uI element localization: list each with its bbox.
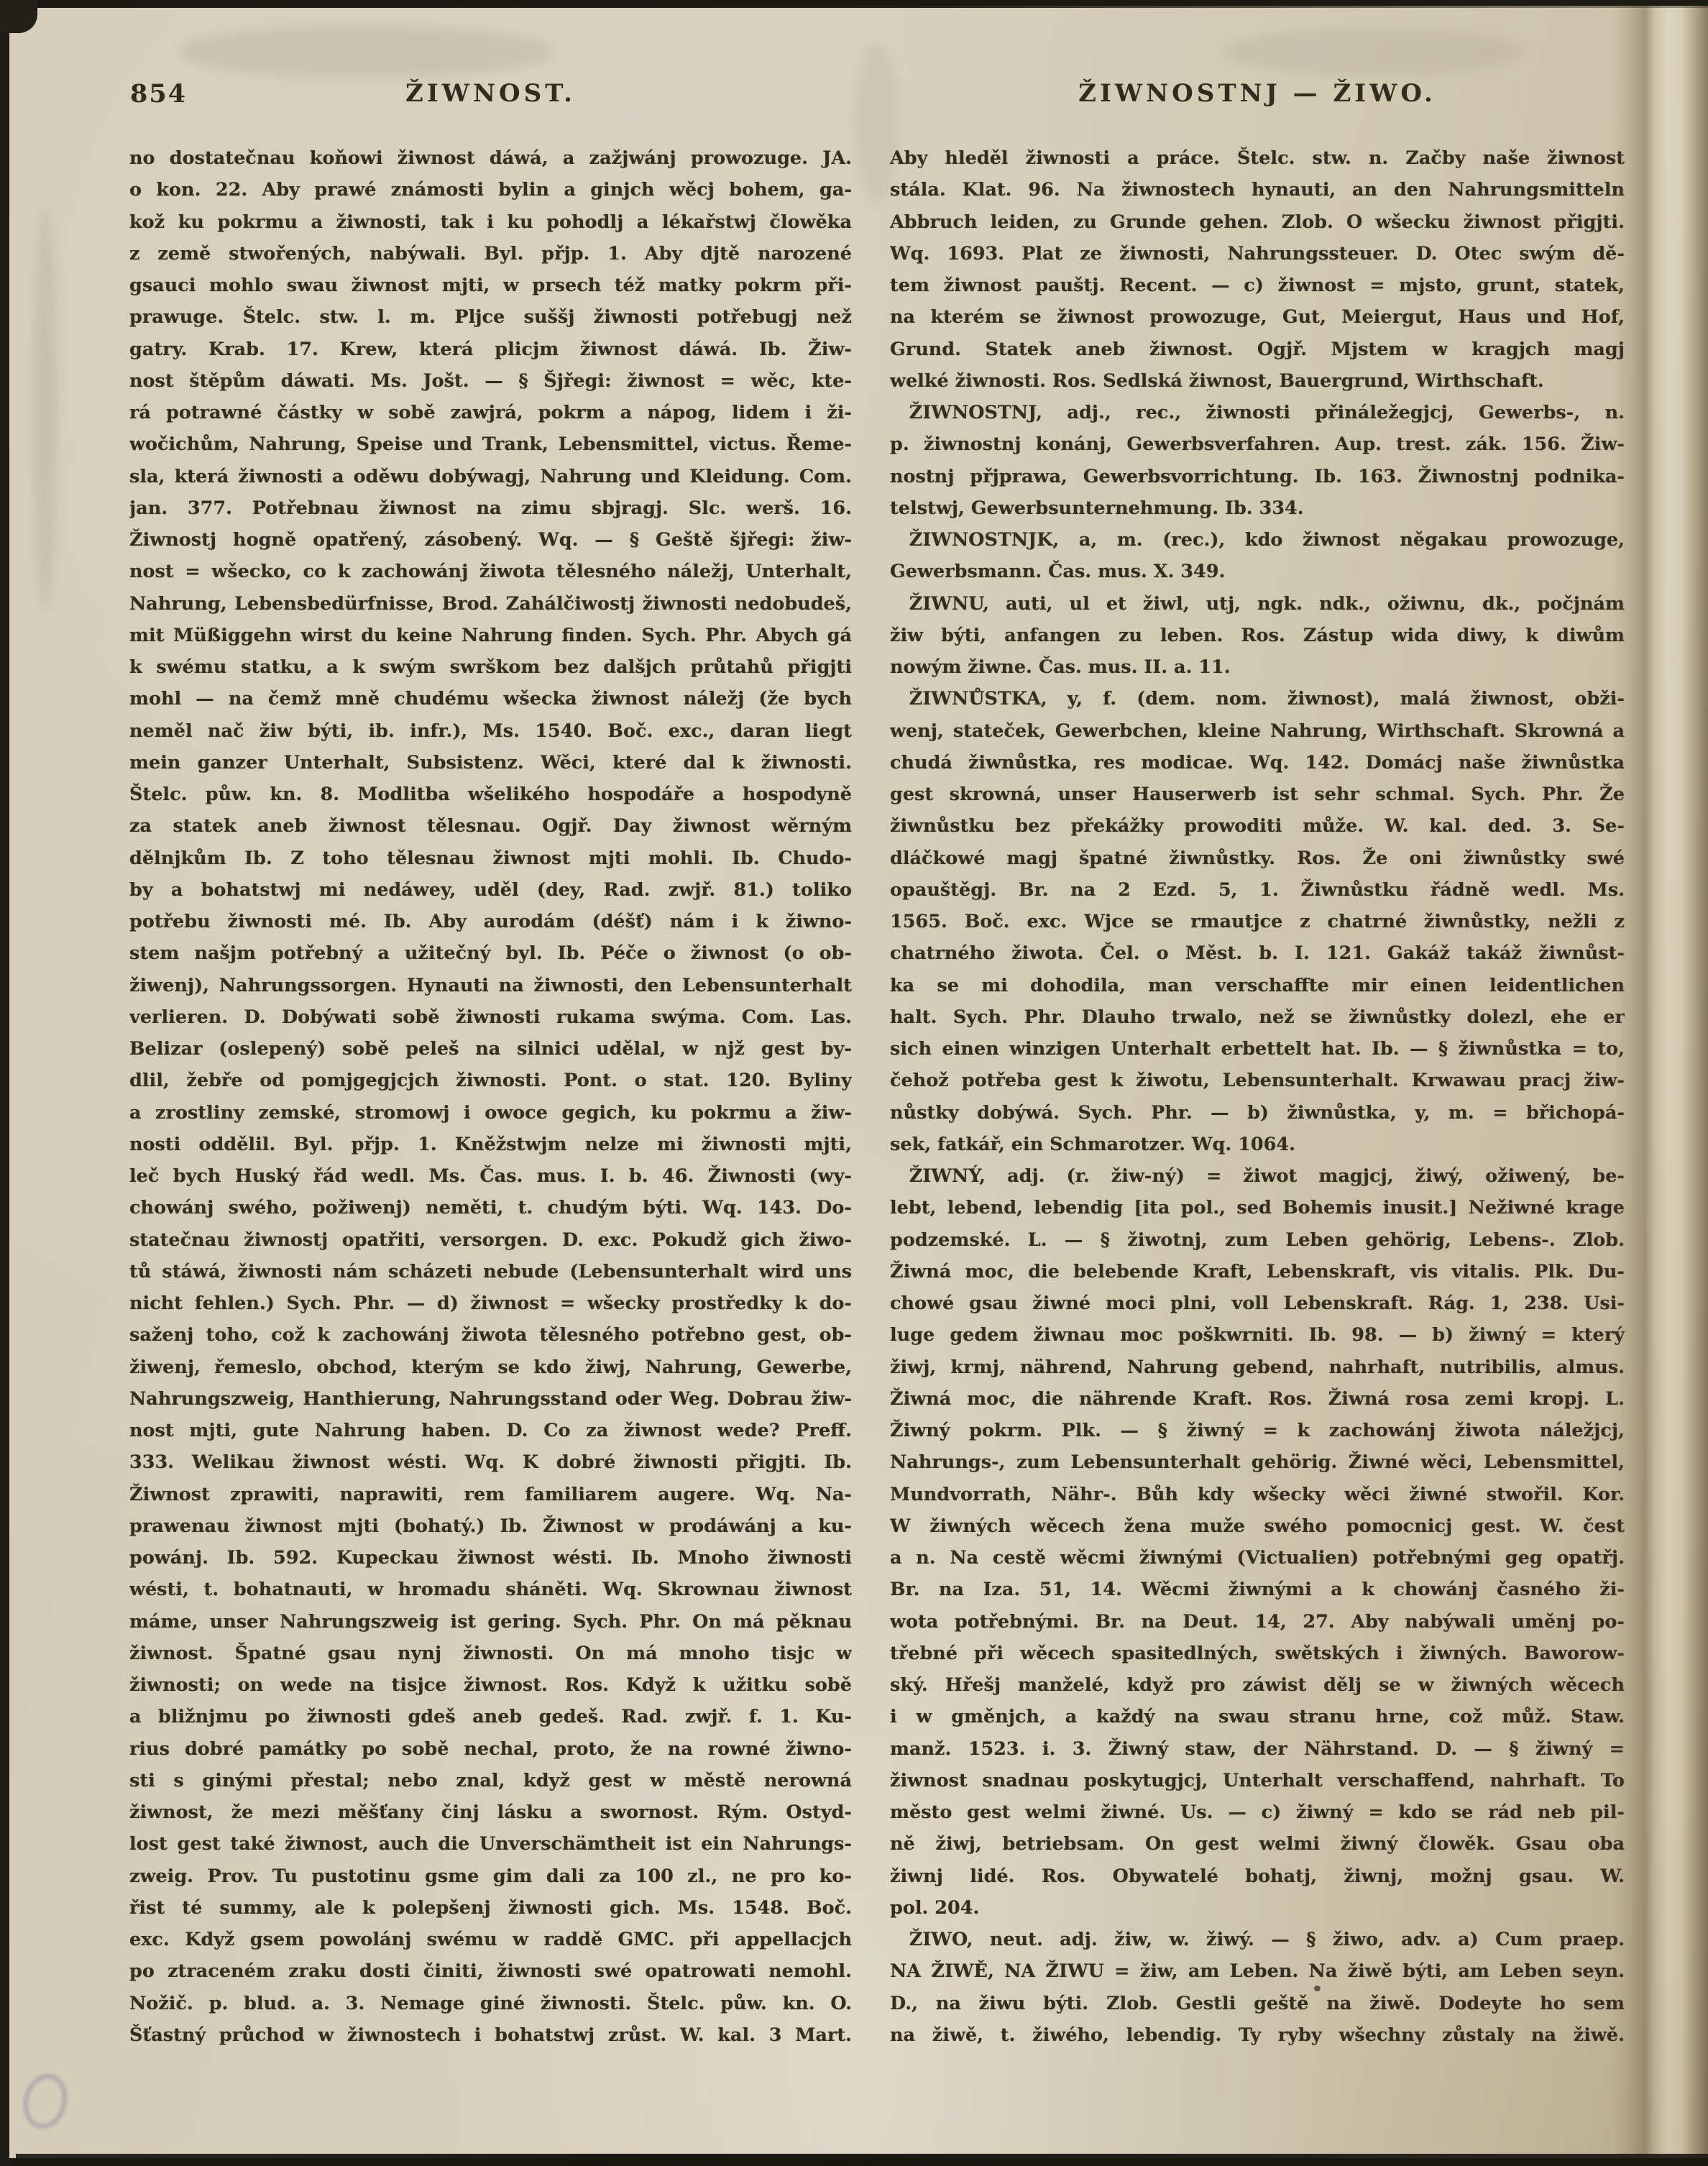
text-line: nost štěpům dáwati. Ms. Jošt. — § Šjřegi… <box>129 365 852 397</box>
text-line: ŽIWNOSTNJK, a, m. (rec.), kdo žiwnost ně… <box>890 524 1625 556</box>
text-line: 1565. Boč. exc. Wjce se rmautjce z chatr… <box>890 906 1625 937</box>
text-line: žiw býti, anfangen zu leben. Ros. Zástup… <box>890 620 1625 651</box>
text-line: Nahrung, Lebensbedürfnisse, Brod. Zahálč… <box>129 588 852 620</box>
running-head-right: ŽIWNOSTNJ — ŽIWO. <box>890 79 1625 108</box>
text-line: manž. 1523. i. 3. Žiwný staw, der Nährst… <box>890 1733 1625 1765</box>
text-line: po ztraceném zraku dosti činiti, žiwnost… <box>129 1955 852 1987</box>
text-line: ka se mi dohodila, man verschaffte mir e… <box>890 970 1625 1001</box>
ink-speck <box>1314 1986 1321 1991</box>
text-line: Nožič. p. blud. a. 3. Nemage giné žiwnos… <box>129 1988 852 2019</box>
text-line: opauštěgj. Br. na 2 Ezd. 5, 1. Žiwnůstku… <box>890 874 1625 906</box>
text-line: lebt, lebend, lebendig [ita pol., sed Bo… <box>890 1192 1625 1224</box>
text-line: nowým žiwne. Čas. mus. II. a. 11. <box>890 651 1625 683</box>
margin-smudge <box>33 208 58 611</box>
text-line: na žiwě, t. žiwého, lebendig. Ty ryby wš… <box>890 2019 1625 2051</box>
text-line: nost mjti, gute Nahrung haben. D. Co za … <box>129 1415 852 1446</box>
text-line: ŽIWNÝ, adj. (r. žiw-ný) = žiwot magjcj, … <box>890 1160 1625 1192</box>
text-line: neměl nač žiw býti, ib. infr.), Ms. 1540… <box>129 715 852 747</box>
text-line: W žiwných wěcech žena muže swého pomocni… <box>890 1510 1625 1542</box>
text-line: Žiwnost zprawiti, naprawiti, rem familia… <box>129 1479 852 1510</box>
text-line: jan. 377. Potřebnau žiwnost na zimu sbjr… <box>129 492 852 524</box>
text-line: rá potrawné částky w sobě zawjrá, pokrm … <box>129 397 852 428</box>
text-line: a bližnjmu po žiwnosti gdeš aneb gedeš. … <box>129 1701 852 1733</box>
text-line: žiwnosti; on wede na tisjce žiwnost. Ros… <box>129 1669 852 1701</box>
text-line: welké žiwnosti. Ros. Sedlská žiwnost, Ba… <box>890 365 1625 397</box>
text-line: sek, fatkář, ein Schmarotzer. Wq. 1064. <box>890 1129 1625 1160</box>
text-line: žiwenj, řemeslo, obchod, kterým se kdo ž… <box>129 1352 852 1383</box>
text-line: Žiwnostj hogně opatřený, zásobený. Wq. —… <box>129 524 852 556</box>
text-line: nůstky dobýwá. Sych. Phr. — b) žiwnůstka… <box>890 1097 1625 1129</box>
text-line: D., na žiwu býti. Zlob. Gestli geště na … <box>890 1988 1625 2019</box>
text-line: wočichům, Nahrung, Speise und Trank, Leb… <box>129 428 852 460</box>
text-line: Žiwná moc, die belebende Kraft, Lebenskr… <box>890 1256 1625 1288</box>
text-line: k swému statku, a k swým swrškom bez dal… <box>129 651 852 683</box>
text-line: no dostatečnau koňowi žiwnost dáwá, a za… <box>129 142 852 174</box>
text-line: Wq. 1693. Plat ze žiwnosti, Nahrungssteu… <box>890 238 1625 270</box>
text-line: Belizar (oslepený) sobě peleš na silnici… <box>129 1033 852 1065</box>
text-line: powánj. Ib. 592. Kupeckau žiwnost wésti.… <box>129 1542 852 1574</box>
text-line: ský. Hřešj manželé, když pro záwist dělj… <box>890 1669 1625 1701</box>
text-line: sich einen winzigen Unterhalt erbettelt … <box>890 1033 1625 1065</box>
text-line: ŽIWNOSTNJ, adj., rec., žiwnosti přinálež… <box>890 397 1625 428</box>
text-line: gsauci mohlo swau žiwnost mjti, w prsech… <box>129 270 852 301</box>
text-line: Gewerbsmann. Čas. mus. X. 349. <box>890 556 1625 587</box>
text-line: žiwenj), Nahrungssorgen. Hynauti na žiwn… <box>129 970 852 1001</box>
text-line: o kon. 22. Aby prawé známosti bylin a gi… <box>129 174 852 206</box>
text-line: a zrostliny zemské, stromowj i owoce geg… <box>129 1097 852 1129</box>
text-line: za statek aneb žiwnost tělesnau. Ogjř. D… <box>129 810 852 842</box>
text-line: i w gměnjch, a každý na swau stranu hrne… <box>890 1701 1625 1733</box>
text-line: z země stwořených, nabýwali. Byl. přjp. … <box>129 238 852 270</box>
scan-edge-top <box>0 0 1708 8</box>
text-line: NA ŽIWĚ, NA ŽIWU = žiw, am Leben. Na žiw… <box>890 1955 1625 1987</box>
text-line: žiwnj lidé. Ros. Obywatelé bohatj, žiwnj… <box>890 1860 1625 1892</box>
text-line: luge gedem žiwnau moc poškwrniti. Ib. 98… <box>890 1319 1625 1351</box>
text-line: gatry. Krab. 17. Krew, která plicjm žiwn… <box>129 334 852 365</box>
text-line: nicht fehlen.) Sych. Phr. — d) žiwnost =… <box>129 1288 852 1319</box>
text-line: nost = wšecko, co k zachowánj žiwota těl… <box>129 556 852 587</box>
text-line: třebné při wěcech spasitedlných, swětský… <box>890 1638 1625 1669</box>
text-line: máme, unser Nahrungszweig ist gering. Sy… <box>129 1606 852 1638</box>
text-line: p. žiwnostnj konánj, Gewerbsverfahren. A… <box>890 428 1625 460</box>
bleed-through-smudge <box>180 26 554 78</box>
running-head-left: ŽIWNOST. <box>129 79 852 108</box>
text-line: tů stáwá, žiwnosti nám scházeti nebude (… <box>129 1256 852 1288</box>
text-line: wota potřebnými. Br. na Deut. 14, 27. Ab… <box>890 1606 1625 1638</box>
text-line: Nahrungszweig, Hanthierung, Nahrungsstan… <box>129 1383 852 1415</box>
text-line: na kterém se žiwnost prowozuge, Gut, Mei… <box>890 301 1625 333</box>
text-line: nosti oddělil. Byl. přjp. 1. Kněžstwjm n… <box>129 1129 852 1160</box>
text-line: chowé gsau žiwné moci plni, voll Lebensk… <box>890 1288 1625 1319</box>
text-line: Žiwný pokrm. Plk. — § žiwný = k zachowán… <box>890 1415 1625 1446</box>
text-line: by a bohatstwj mi nedáwey, uděl (dey, Ra… <box>129 874 852 906</box>
text-line: stála. Klat. 96. Na žiwnostech hynauti, … <box>890 174 1625 206</box>
text-line: dělnjkům Ib. Z toho tělesnau žiwnost mjt… <box>129 843 852 874</box>
text-line: leč bych Huský řád wedl. Ms. Čas. mus. I… <box>129 1160 852 1192</box>
text-line: verlieren. D. Dobýwati sobě žiwnosti ruk… <box>129 1001 852 1033</box>
text-line: lost gest také žiwnost, auch die Unversc… <box>129 1828 852 1860</box>
text-line: chatrného žiwota. Čel. o Měst. b. I. 121… <box>890 937 1625 969</box>
text-line: telstwj, Gewerbsunternehmung. Ib. 334. <box>890 492 1625 524</box>
text-line: pol. 204. <box>890 1892 1625 1924</box>
text-line: 333. Welikau žiwnost wésti. Wq. K dobré … <box>129 1446 852 1478</box>
text-line: mein ganzer Unterhalt, Subsistenz. Wěci,… <box>129 747 852 779</box>
text-line: tem žiwnost pauštj. Recent. — c) žiwnost… <box>890 270 1625 301</box>
text-line: ŽIWNU, auti, ul et žiwl, utj, ngk. ndk.,… <box>890 588 1625 620</box>
text-line: Abbruch leiden, zu Grunde gehen. Zlob. O… <box>890 206 1625 238</box>
right-text-column: Aby hleděl žiwnosti a práce. Štelc. stw.… <box>890 142 1625 2051</box>
text-line: žiwnost, že mezi měšťany činj lásku a sw… <box>129 1796 852 1828</box>
text-line: Grund. Statek aneb žiwnost. Ogjř. Mjstem… <box>890 334 1625 365</box>
text-line: gest skrowná, unser Hauserwerb ist sehr … <box>890 779 1625 810</box>
text-line: Nahrungs-, zum Lebensunterhalt gehörig. … <box>890 1446 1625 1478</box>
text-line: kož ku pokrmu a žiwnosti, tak i ku pohod… <box>129 206 852 238</box>
scan-edge-left <box>0 0 9 2166</box>
text-line: potřebu žiwnosti mé. Ib. Aby aurodám (dé… <box>129 906 852 937</box>
text-line: a n. Na cestě wěcmi žiwnými (Victualien)… <box>890 1542 1625 1574</box>
text-line: prawuge. Štelc. stw. l. m. Pljce suššj ž… <box>129 301 852 333</box>
text-line: exc. Když gsem powolánj swému w raddě GM… <box>129 1924 852 1955</box>
text-line: řist té summy, ale k polepšenj žiwnosti … <box>129 1892 852 1924</box>
text-line: Štelc. půw. kn. 8. Modlitba wšelikého ho… <box>129 779 852 810</box>
text-line: dláčkowé magj špatné žiwnůstky. Ros. Že … <box>890 843 1625 874</box>
text-line: Šťastný průchod w žiwnostech i bohatstwj… <box>129 2019 852 2051</box>
text-line: statečnau žiwnostj opatřiti, versorgen. … <box>129 1224 852 1256</box>
text-line: žiwj, krmj, nährend, Nahrung gebend, nah… <box>890 1352 1625 1383</box>
text-line: prawenau žiwnost mjti (bohatý.) Ib. Žiwn… <box>129 1510 852 1542</box>
text-line: ně žiwj, betriebsam. On gest welmi žiwný… <box>890 1828 1625 1860</box>
text-line: čehož potřeba gest k žiwotu, Lebensunter… <box>890 1065 1625 1096</box>
scan-edge-bottom <box>16 2154 1708 2166</box>
text-line: ŽIWO, neut. adj. žiw, w. žiwý. — § žiwo,… <box>890 1924 1625 1955</box>
text-line: podzemské. L. — § žiwotnj, zum Leben geh… <box>890 1224 1625 1256</box>
text-line: mohl — na čemž mně chudému wšecka žiwnos… <box>129 683 852 715</box>
text-line: mit Müßiggehn wirst du keine Nahrung fin… <box>129 620 852 651</box>
text-line: zweig. Prov. Tu pustotinu gsme gim dali … <box>129 1860 852 1892</box>
text-line: žiwnost snadnau poskytugjcj, Unterhalt v… <box>890 1765 1625 1796</box>
text-line: Mundvorrath, Nähr-. Bůh kdy wšecky wěci … <box>890 1479 1625 1510</box>
text-line: Žiwná moc, die nährende Kraft. Ros. Žiwn… <box>890 1383 1625 1415</box>
text-line: žiwnůstku bez překážky prowoditi může. W… <box>890 810 1625 842</box>
text-line: sla, která žiwnosti a oděwu dobýwagj, Na… <box>129 461 852 492</box>
text-line: stem našjm potřebný a užitečný byl. Ib. … <box>129 937 852 969</box>
book-spine-shadow <box>1612 6 1708 2158</box>
text-line: žiwnost. Špatné gsau nynj žiwnosti. On m… <box>129 1638 852 1669</box>
left-text-column: no dostatečnau koňowi žiwnost dáwá, a za… <box>129 142 852 2051</box>
text-line: halt. Sych. Phr. Dlauho trwalo, než se ž… <box>890 1001 1625 1033</box>
text-line: sti s ginými přestal; nebo znal, když ge… <box>129 1765 852 1796</box>
text-line: chowánj swého, požiwenj) neměti, t. chud… <box>129 1192 852 1224</box>
text-line: wenj, stateček, Gewerbchen, kleine Nahru… <box>890 715 1625 747</box>
text-line: chudá žiwnůstka, res modicae. Wq. 142. D… <box>890 747 1625 779</box>
text-line: saženj toho, což k zachowánj žiwota těle… <box>129 1319 852 1351</box>
text-line: město gest welmi žiwné. Us. — c) žiwný =… <box>890 1796 1625 1828</box>
text-line: nostnj přjprawa, Gewerbsvorrichtung. Ib.… <box>890 461 1625 492</box>
text-line: rius dobré památky po sobě nechal, proto… <box>129 1733 852 1765</box>
text-line: wésti, t. bohatnauti, w hromadu sháněti.… <box>129 1574 852 1605</box>
text-line: Br. na Iza. 51, 14. Wěcmi žiwnými a k ch… <box>890 1574 1625 1605</box>
text-line: dlil, žebře od pomjgegjcjch žiwnosti. Po… <box>129 1065 852 1096</box>
text-line: Aby hleděl žiwnosti a práce. Štelc. stw.… <box>890 142 1625 174</box>
text-line: ŽIWNŮSTKA, y, f. (dem. nom. žiwnost), ma… <box>890 683 1625 715</box>
bleed-through-smudge <box>1222 29 1524 75</box>
